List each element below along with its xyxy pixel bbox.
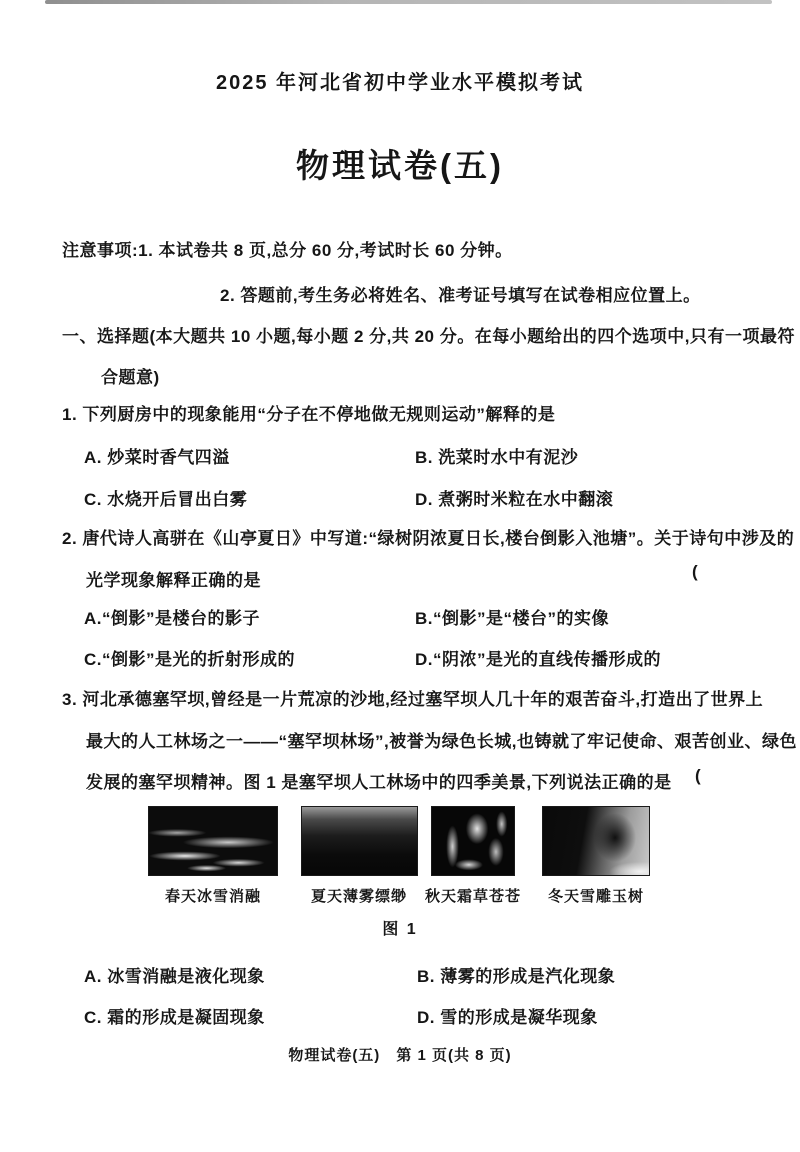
figure-1-photo-block-spring: 春天冰雪消融 <box>142 806 284 906</box>
question-2-answer-paren: ( <box>692 562 698 582</box>
question-3-stem-line-2: 最大的人工林场之一——“塞罕坝林场”,被誉为绿色长城,也铸就了牢记使命、艰苦创业… <box>86 727 797 752</box>
question-3-stem-line-3: 发展的塞罕坝精神。图 1 是塞罕坝人工林场中的四季美景,下列说法正确的是 <box>86 768 672 793</box>
spring-photo-caption: 春天冰雪消融 <box>142 885 284 906</box>
question-3-stem-line-1: 3. 河北承德塞罕坝,曾经是一片荒凉的沙地,经过塞罕坝人几十年的艰苦奋斗,打造出… <box>62 685 763 710</box>
notice-line-2: 2. 答题前,考生务必将姓名、准考证号填写在试卷相应位置上。 <box>220 281 701 306</box>
winter-photo-caption: 冬天雪雕玉树 <box>536 885 656 906</box>
section-one-header-line-1: 一、选择题(本大题共 10 小题,每小题 2 分,共 20 分。在每小题给出的四… <box>62 322 795 347</box>
exam-paper-page: 2025 年河北省初中学业水平模拟考试 物理试卷(五) 注意事项:1. 本试卷共… <box>0 0 800 1152</box>
figure-1-photo-block-summer: 夏天薄雾缥缈 <box>294 806 424 906</box>
summer-mist-photo <box>301 806 418 876</box>
question-1-option-d: D. 煮粥时米粒在水中翻滚 <box>415 485 613 510</box>
spring-melting-ice-photo <box>148 806 278 876</box>
question-1-option-b: B. 洗菜时水中有泥沙 <box>415 443 578 468</box>
scan-artifact-top-bar <box>45 0 772 4</box>
figure-1-photo-block-autumn: 秋天霜草苍苍 <box>424 806 522 906</box>
question-3-option-c: C. 霜的形成是凝固现象 <box>84 1003 265 1028</box>
section-one-header-line-2: 合题意) <box>101 363 160 388</box>
question-3-option-d: D. 雪的形成是凝华现象 <box>417 1003 598 1028</box>
paper-title: 物理试卷(五) <box>0 140 800 187</box>
exam-title: 2025 年河北省初中学业水平模拟考试 <box>0 66 800 95</box>
question-2-option-b: B.“倒影”是“楼台”的实像 <box>415 604 609 629</box>
autumn-photo-caption: 秋天霜草苍苍 <box>424 885 522 906</box>
question-3-option-b: B. 薄雾的形成是汽化现象 <box>417 962 615 987</box>
question-2-option-c: C.“倒影”是光的折射形成的 <box>84 645 295 670</box>
summer-photo-caption: 夏天薄雾缥缈 <box>294 885 424 906</box>
question-2-option-a: A.“倒影”是楼台的影子 <box>84 604 260 629</box>
page-footer: 物理试卷(五)第 1 页(共 8 页) <box>0 1044 800 1065</box>
question-3-option-a: A. 冰雪消融是液化现象 <box>84 962 265 987</box>
question-3-answer-paren: ( <box>695 766 701 786</box>
figure-1-photo-block-winter: 冬天雪雕玉树 <box>536 806 656 906</box>
question-1-option-c: C. 水烧开后冒出白雾 <box>84 485 247 510</box>
notice-line-1: 注意事项:1. 本试卷共 8 页,总分 60 分,考试时长 60 分钟。 <box>62 236 513 261</box>
question-2-stem-line-2: 光学现象解释正确的是 <box>86 566 261 591</box>
footer-page-number: 第 1 页(共 8 页) <box>388 1047 519 1064</box>
question-2-stem-line-1: 2. 唐代诗人高骈在《山亭夏日》中写道:“绿树阴浓夏日长,楼台倒影入池塘”。关于… <box>62 524 794 549</box>
autumn-frost-photo <box>431 806 515 876</box>
winter-snow-trees-photo <box>542 806 650 876</box>
figure-1-label: 图 1 <box>0 916 800 939</box>
question-1-stem: 1. 下列厨房中的现象能用“分子在不停地做无规则运动”解释的是 <box>62 400 555 425</box>
footer-paper-name: 物理试卷(五) <box>280 1047 388 1064</box>
question-1-option-a: A. 炒菜时香气四溢 <box>84 443 230 468</box>
question-2-option-d: D.“阴浓”是光的直线传播形成的 <box>415 645 661 670</box>
